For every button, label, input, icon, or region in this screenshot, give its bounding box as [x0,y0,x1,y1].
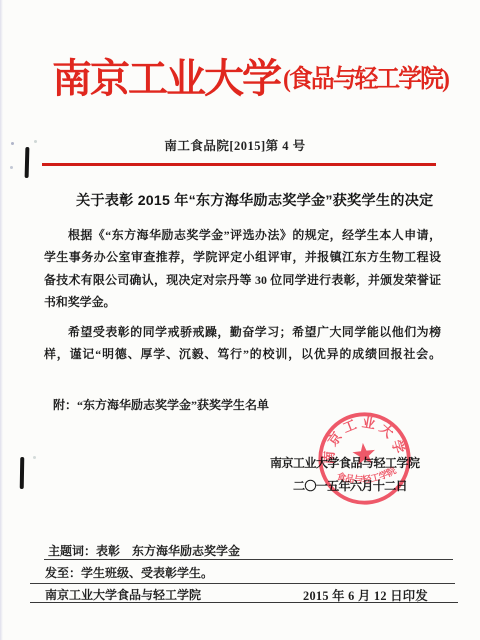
footer-rule-3 [30,602,458,603]
footer-distribution-row: 发至：学生班级、受表彰学生。 [45,564,213,581]
scanned-official-document: 南京工业大学 (食品与轻工学院) 南工食品院[2015]第 4 号 关于表彰 2… [0,0,480,640]
red-divider-rule [42,163,436,166]
body-paragraph-1: 根据《“东方海华励志奖学金”评选办法》的规定，经学生本人申请， 学生事务办公室审… [44,224,441,314]
binding-mark-top [25,147,30,178]
document-number: 南工食品院[2015]第 4 号 [0,136,470,154]
body-line: 书和奖学金。 [44,291,441,313]
scan-speck [34,140,37,143]
scan-speck [11,142,14,145]
official-seal: 南京工业大学 食品与轻工学院 [312,406,416,510]
binding-mark-bottom [20,457,25,489]
college-name: (食品与轻工学院) [283,64,448,96]
footer-rule-1 [44,559,453,560]
body-line: 学生事务办公室审查推荐，学院评定小组评审，并报镇江东方生物工程设 [44,246,441,268]
body-line: 希望受表彰的同学戒骄戒躁，勤奋学习；希望广大同学能以他们为榜 [44,321,441,343]
body-line: 根据《“东方海华励志奖学金”评选办法》的规定，经学生本人申请， [44,224,441,246]
seal-star-icon [352,442,377,466]
body-line: 备技术有限公司确认，现决定对宗丹等 30 位同学进行表彰，并颁发荣誉证 [44,269,441,291]
footer-rule-2 [30,583,455,584]
scan-speck [33,456,36,459]
footer-issuer: 南京工业大学食品与轻工学院 [45,586,201,603]
scan-edge-shadow [0,0,3,640]
seal-inner-text: 食品与轻工学院 [334,464,400,489]
university-name: 南京工业大学 [52,57,280,101]
body-paragraph-2: 希望受表彰的同学戒骄戒躁，勤奋学习；希望广大同学能以他们为榜 样，谨记“明德、厚… [44,321,441,366]
attachment-note: 附：“东方海华励志奖学金”获奖学生名单 [53,396,269,413]
footer-subject-row: 主题词：表彰 东方海华励志奖学金 [48,542,240,559]
body-line: 样，谨记“明德、厚学、沉毅、笃行”的校训，以优异的成绩回报社会。 [44,343,441,365]
decision-title: 关于表彰 2015 年“东方海华励志奖学金”获奖学生的决定 [76,190,433,210]
scan-speck [10,166,13,169]
